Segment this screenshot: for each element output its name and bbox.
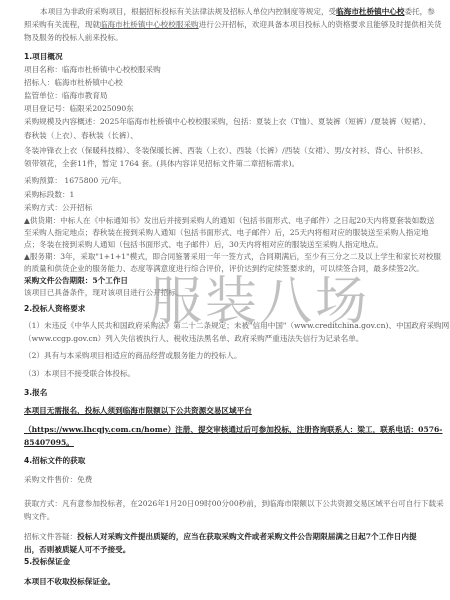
requirement-1-line-2: （www.ccgp.gov.cn）列入失信被执行人、税收违法黑名单、政府采购严重… [24,333,426,346]
requirement-1-line-1: （1）未违反《中华人民共和国政府采购法》第二十二条规定；未被"信用中国"（www… [24,320,426,333]
budget: 采购预算： 1675800 元/年。 [24,175,426,188]
registration-line-2[interactable]: （https://www.lhcqjy.com.cn/home）注册、提交审核通… [24,424,426,437]
procurement-method: 采购方式：公开招标 [24,202,426,215]
scope-line-1: 采购规模及内容概述：2025年临海市杜桥镇中心校校服采购，包括：夏装上衣（T恤）… [24,116,426,129]
registration-phone: 85407095。 [24,437,426,450]
scope-line-3: 冬装冲锋衣上衣（保暖科技棉）、冬装保暖长裤、西装（上衣）、西装（长裤）/西装（女… [24,145,426,158]
project-link[interactable]: 临海市杜桥镇中心校校服采购 [100,20,199,29]
section-1-title: 1.项目概况 [24,51,426,64]
tenderer-link[interactable]: 临海市杜桥镇中心校 [336,7,404,16]
project-name: 项目名称：临海市杜桥镇中心校校服采购 [24,64,426,77]
obtain-line-2: 购文件。 [24,511,426,524]
scope-line-2: 春秋装（上衣）、春秋装（长裤）、 [24,130,426,143]
registration-number: 项目登记号：临限采2025090东 [24,103,426,116]
section-4-title: 4.招标文件的获取 [24,455,426,468]
section-3-title: 3.报名 [24,387,426,400]
tenderer: 招标人：临海市杜桥镇中心校 [24,77,426,90]
conditions: 该项目已具备条件，现对该项目进行公开招标。 [24,287,426,300]
intro-line-2: 照采购有关流程，现就临海市杜桥镇中心校校服采购进行公开招标，欢迎具备本项目投标人… [24,19,426,32]
obtain-line-1: 获取方式：凡有意参加投标者，在2026年1月20日09时00分00秒前，到临海市… [24,498,426,511]
requirement-2: （2）具有与本采购项目相适应的商品经营或服务能力的投标人。 [24,350,426,363]
intro-line-1: 本项目为非政府采购项目，根据招标投标有关法律法规及招标人单位内控制度等规定，受临… [24,6,426,19]
lot-count: 采购标段数：1 [24,189,426,202]
requirement-3: （3）本项目不接受联合体投标。 [24,368,426,381]
deposit-text: 本项目不收取投标保证金。 [24,576,426,589]
query-line-1: 招标文件答疑：投标人对采购文件提出质疑的，应当在获取采购文件或者采购文件公告期限… [24,531,426,544]
section-5-title: 5.投标保证金 [24,556,426,569]
query-line-2: 出，否则被质疑人可不予接受。 [24,544,426,557]
scope-line-4: 领带领花，全套11件，暂定 1764 套。(具体内容详见招标文件第二章招标需求)… [24,158,426,171]
intro-line-3: 物及服务的投标人前来投标。 [24,32,426,45]
service-line-1: ▲服务期：3年，采取"1+1+1"模式，即合同鉴署采用一年一签方式，合同期满后，… [24,251,426,264]
notice-period: 采购文件公告期限：5个工作日 [24,275,426,288]
registration-line-1[interactable]: 本项目无需报名，投标人须到临海市限额以下公共资源交易区域平台 [24,405,426,418]
supervisor: 监管单位：临海市教育局 [24,90,426,103]
delivery-line-2: 至采购人指定地点；春秋装在接到采购人通知（包括书面形式、电子邮件）后，25天内将… [24,227,426,240]
section-2-title: 2.投标人资格要求 [24,303,426,316]
document-price: 采购文件售价：免费 [24,474,426,487]
delivery-line-3: 点；冬装在接到采购人通知（包括书面形式、电子邮件）后，30天内将相对应的服装送至… [24,239,426,252]
delivery-line-1: ▲供货期：中标人在《中标通知书》发出后并接到采购人的通知（包括书面形式、电子邮件… [24,215,426,228]
service-line-2: 的质量和供货企业的服务能力、态度等满意度进行综合评价，评价达到约定续签要求的，可… [24,263,426,276]
